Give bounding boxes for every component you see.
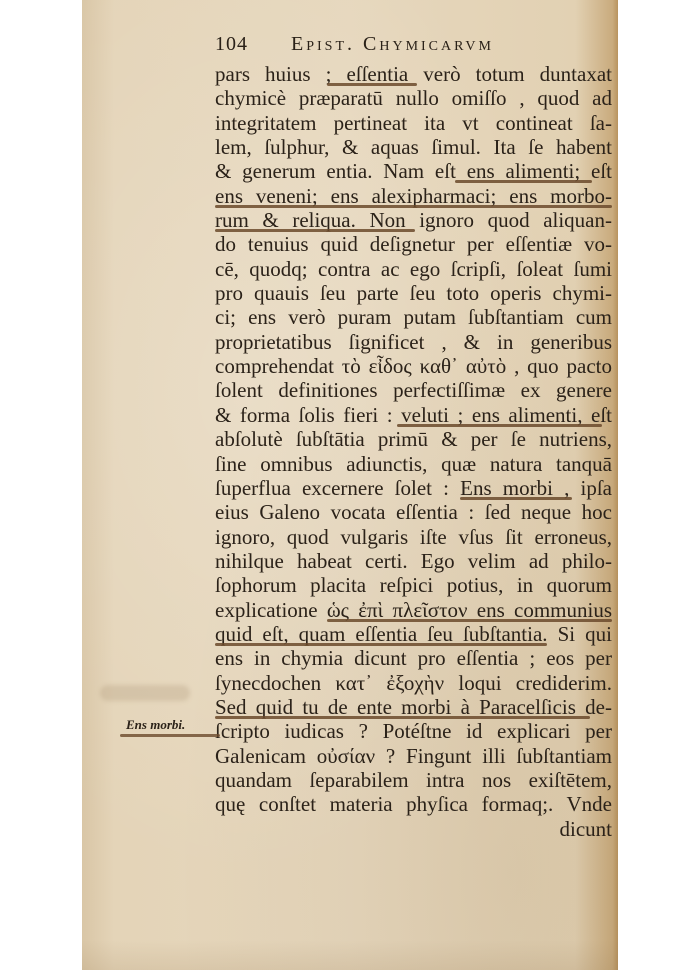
ink-underline (455, 180, 592, 183)
text-line: nihilque habeat certi. Ego velim ad phil… (215, 549, 612, 573)
ink-underline (327, 83, 417, 86)
text-line: lem, ſulphur, & aquas ſimul. Ita ſe habe… (215, 135, 612, 159)
text-line: ſine omnibus adiunctis, quæ natura tanqu… (215, 452, 612, 476)
page-header: 104 Epist. Chymicarvm (215, 33, 615, 59)
body-text: pars huius ; eſſentia verò totum duntaxa… (215, 62, 612, 841)
ink-smudge (100, 685, 190, 701)
text-line: ci; ens verò puram putam ſubſtantiam cum (215, 305, 612, 329)
text-line: comprehendat τὸ εἶδος καθ᾽ αὐτὸ , quo pa… (215, 354, 612, 378)
text-line: cē, quodq; contra ac ego ſcripſi, ſoleat… (215, 257, 612, 281)
text-line: abſolutè ſubſtātia primū & per ſe nutrie… (215, 427, 612, 451)
text-line: ſcripto iudicas ? Potéſtne id explicari … (215, 719, 612, 743)
text-line: ſophorum placita reſpici potius, in quor… (215, 573, 612, 597)
ink-underline (397, 424, 602, 427)
text-line: ignoro, quod vulgaris iſte vſus ſit erro… (215, 525, 612, 549)
catchword: dicunt (215, 817, 612, 841)
text-line: ſolent definitiones perfectiſſimæ ex gen… (215, 378, 612, 402)
text-line: proprietatibus ſignificet , & in generib… (215, 330, 612, 354)
running-title: Epist. Chymicarvm (291, 33, 494, 56)
margin-underline (120, 734, 220, 737)
text-line: ſynecdochen κατ᾽ ἐξοχὴν loqui crediderim… (215, 671, 612, 695)
text-line: integritatem pertineat ita vt contineat … (215, 111, 612, 135)
ink-underline (215, 229, 415, 232)
margin-annotation: Ens morbi. (126, 717, 185, 733)
text-line: chymicè præparatū nullo omiſſo , quod ad (215, 86, 612, 110)
ink-underline (327, 619, 612, 622)
text-line: eius Galeno vocata eſſentia : ſed neque … (215, 500, 612, 524)
text-line: ens in chymia dicunt pro eſſentia ; eos … (215, 646, 612, 670)
ink-underline (215, 205, 612, 208)
text-line: do tenuius quid deſignetur per eſſentiæ … (215, 232, 612, 256)
text-line: Galenicam οὐσίαν ? Fingunt illi ſubſtant… (215, 744, 612, 768)
ink-underline (215, 716, 590, 719)
text-line: quę conſtet materia phyſica formaq;. Vnd… (215, 792, 612, 816)
ink-underline (460, 497, 572, 500)
ink-underline (215, 643, 547, 646)
page-number: 104 (215, 33, 248, 56)
text-line: quandam ſeparabilem intra nos exiſtētem, (215, 768, 612, 792)
text-line: pro quauis ſeu parte ſeu toto operis chy… (215, 281, 612, 305)
